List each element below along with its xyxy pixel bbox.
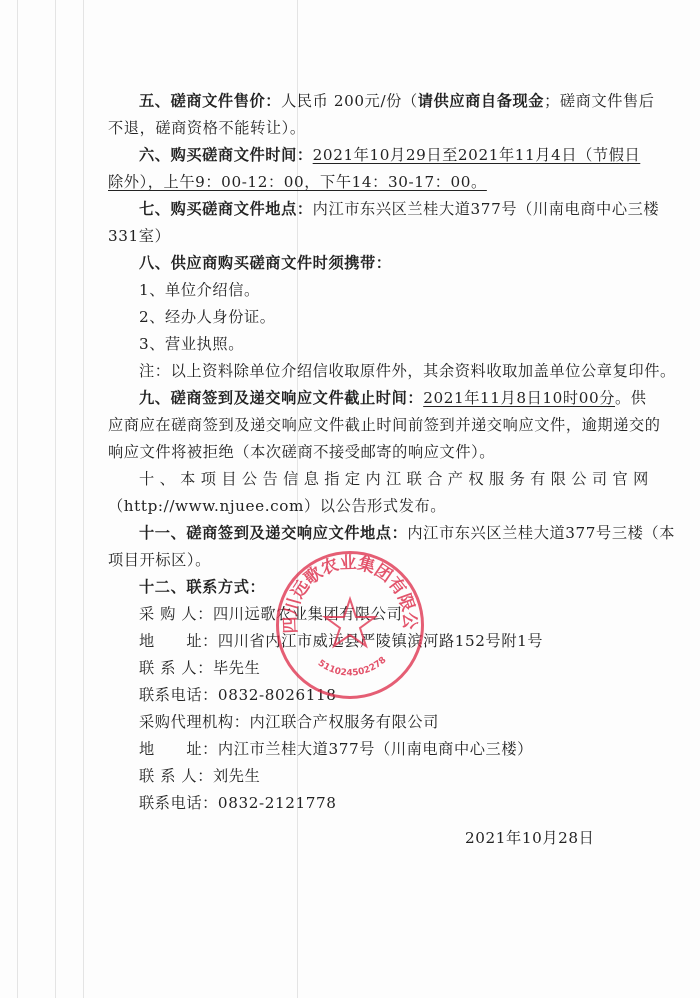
section-7-line-1: 七、购买磋商文件地点：内江市东兴区兰桂大道377号（川南电商中心三楼 bbox=[108, 196, 608, 223]
document-body: 五、磋商文件售价：人民币 200元/份（请供应商自备现金；磋商文件售后 不退，磋… bbox=[108, 88, 608, 852]
section-12-heading: 十二、联系方式： bbox=[108, 574, 608, 601]
document-date: 2021年10月28日 bbox=[108, 829, 594, 847]
section-9-line-1: 九、磋商签到及递交响应文件截止时间：2021年11月8日10时00分。供 bbox=[108, 385, 608, 412]
purchaser-contact: 联 系 人：毕先生 bbox=[108, 655, 608, 682]
purchaser-phone: 联系电话：0832-8026118 bbox=[108, 682, 608, 709]
section-8-item-2: 2、经办人身份证。 bbox=[108, 304, 608, 331]
section-5-line-1: 五、磋商文件售价：人民币 200元/份（请供应商自备现金；磋商文件售后 bbox=[108, 88, 608, 115]
section-8-note: 注：以上资料除单位介绍信收取原件外，其余资料收取加盖单位公章复印件。 bbox=[108, 358, 608, 385]
section-11-line-1: 十一、磋商签到及递交响应文件地点：内江市东兴区兰桂大道377号三楼（本 bbox=[108, 520, 608, 547]
section-10-line-1: 十、本项目公告信息指定内江联合产权服务有限公司官网 bbox=[108, 466, 608, 493]
section-6-line-1: 六、购买磋商文件时间：2021年10月29日至2021年11月4日（节假日 bbox=[108, 142, 608, 169]
purchaser-name: 采 购 人：四川远歌农业集团有限公司 bbox=[108, 601, 608, 628]
section-8-heading: 八、供应商购买磋商文件时须携带： bbox=[108, 250, 608, 277]
section-9-line-3: 响应文件将被拒绝（本次磋商不接受邮寄的响应文件）。 bbox=[108, 439, 608, 466]
section-11-line-2: 项目开标区）。 bbox=[108, 547, 608, 574]
agency-phone: 联系电话：0832-2121778 bbox=[108, 790, 608, 817]
agency-address: 地 址：内江市兰桂大道377号（川南电商中心三楼） bbox=[108, 736, 608, 763]
section-6-line-2: 除外），上午9：00-12：00，下午14：30-17：00。 bbox=[108, 169, 608, 196]
purchaser-address: 地 址：四川省内江市威远县严陵镇滨河路152号附1号 bbox=[108, 628, 608, 655]
section-5-line-2: 不退，磋商资格不能转让）。 bbox=[108, 115, 608, 142]
section-8-item-1: 1、单位介绍信。 bbox=[108, 277, 608, 304]
agency-name: 采购代理机构：内江联合产权服务有限公司 bbox=[108, 709, 608, 736]
section-9-line-2: 应商应在磋商签到及递交响应文件截止时间前签到并递交响应文件，逾期递交的 bbox=[108, 412, 608, 439]
section-7-line-2: 331室） bbox=[108, 223, 608, 250]
section-10-line-2: （http://www.njuee.com）以公告形式发布。 bbox=[108, 493, 608, 520]
section-8-item-3: 3、营业执照。 bbox=[108, 331, 608, 358]
agency-contact: 联 系 人：刘先生 bbox=[108, 763, 608, 790]
